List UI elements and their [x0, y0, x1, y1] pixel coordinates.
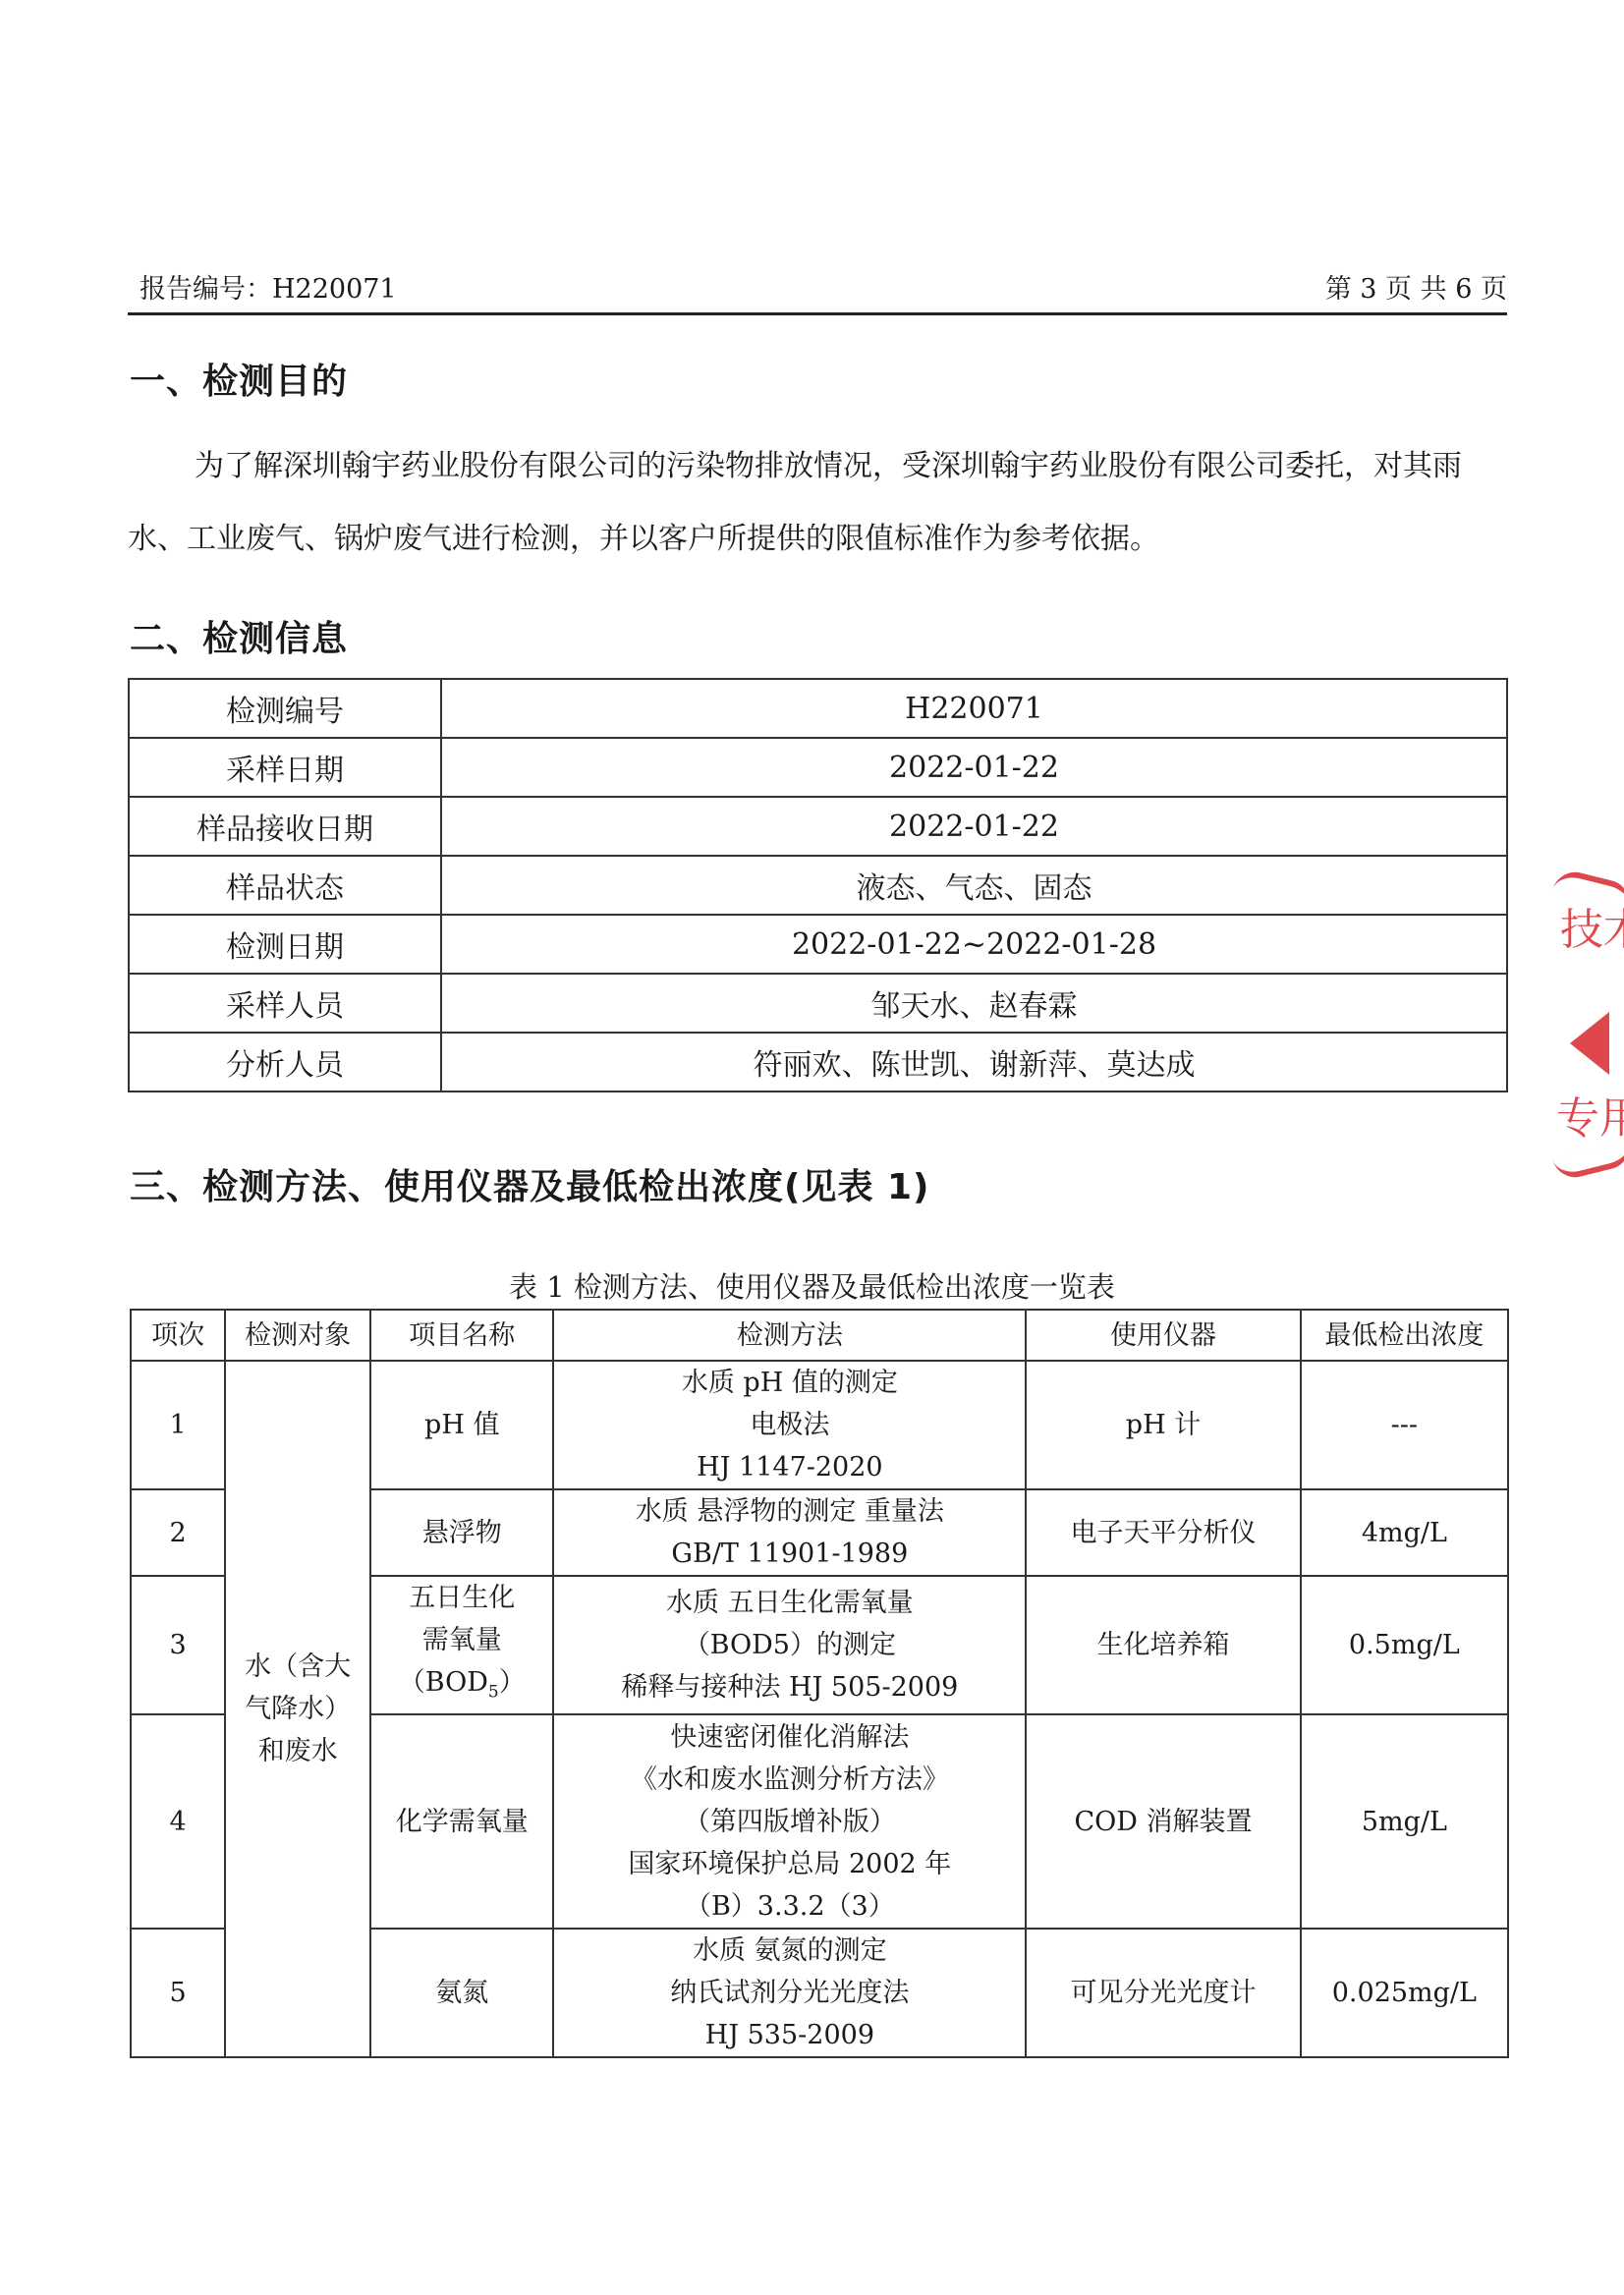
section-title-info: 二、检测信息: [130, 611, 348, 661]
header-divider: [128, 312, 1507, 315]
row-no: 4: [131, 1714, 225, 1929]
info-value: 2022-01-22: [441, 797, 1507, 856]
method-line: （第四版增补版）: [554, 1801, 1025, 1843]
info-key: 分析人员: [129, 1033, 441, 1092]
page-header: 报告编号：H220071 第 3 页 共 6 页: [140, 263, 1507, 314]
item-name: 悬浮物: [370, 1489, 553, 1576]
method-line: 水质 pH 值的测定: [554, 1362, 1025, 1404]
method-line: 国家环境保护总局 2002 年: [554, 1843, 1025, 1885]
info-value: 邹天水、赵春霖: [441, 974, 1507, 1033]
col-header-method: 检测方法: [553, 1310, 1026, 1361]
col-header-object: 检测对象: [225, 1310, 370, 1361]
col-header-instrument: 使用仪器: [1026, 1310, 1300, 1361]
section-title-methods: 三、检测方法、使用仪器及最低检出浓度(见表 1): [130, 1159, 930, 1209]
purpose-text: 为了解深圳翰宇药业股份有限公司的污染物排放情况，受深圳翰宇药业股份有限公司委托，…: [128, 449, 1462, 556]
item-name: 五日生化 需氧量 （BOD5）: [370, 1576, 553, 1714]
object-line: 水（含大: [226, 1646, 369, 1688]
info-value: 液态、气态、固态: [441, 856, 1507, 915]
subscript: 5: [488, 1682, 499, 1702]
report-number: 报告编号：H220071: [140, 267, 397, 306]
method-line: HJ 535-2009: [554, 2014, 1025, 2056]
method-line: 电极法: [554, 1404, 1025, 1446]
info-key: 样品接收日期: [129, 797, 441, 856]
instrument: 生化培养箱: [1026, 1576, 1300, 1714]
info-key: 采样日期: [129, 738, 441, 797]
detection-limit: 0.025mg/L: [1301, 1929, 1508, 2057]
method-line: 《水和废水监测分析方法》: [554, 1759, 1025, 1801]
method-line: （BOD5）的测定: [554, 1624, 1025, 1666]
detection-limit: 5mg/L: [1301, 1714, 1508, 1929]
info-key: 采样人员: [129, 974, 441, 1033]
instrument: pH 计: [1026, 1361, 1300, 1489]
row-no: 5: [131, 1929, 225, 2057]
item-name: 氨氮: [370, 1929, 553, 2057]
table-row: 分析人员符丽欢、陈世凯、谢新萍、莫达成: [129, 1033, 1507, 1092]
table-row: 采样日期2022-01-22: [129, 738, 1507, 797]
item-name: pH 值: [370, 1361, 553, 1489]
detection-limit: 0.5mg/L: [1301, 1576, 1508, 1714]
instrument: 可见分光光度计: [1026, 1929, 1300, 2057]
method-line: 水质 五日生化需氧量: [554, 1582, 1025, 1624]
info-key: 检测编号: [129, 679, 441, 738]
table-row: 检测日期2022-01-22~2022-01-28: [129, 915, 1507, 974]
method-line: 快速密闭催化消解法: [554, 1716, 1025, 1759]
method: 水质 五日生化需氧量 （BOD5）的测定 稀释与接种法 HJ 505-2009: [553, 1576, 1026, 1714]
table-caption: 表 1 检测方法、使用仪器及最低检出浓度一览表: [0, 1265, 1624, 1306]
instrument: COD 消解装置: [1026, 1714, 1300, 1929]
col-header-no: 项次: [131, 1310, 225, 1361]
purpose-paragraph: 为了解深圳翰宇药业股份有限公司的污染物排放情况，受深圳翰宇药业股份有限公司委托，…: [128, 430, 1513, 576]
item-line: 五日生化: [371, 1577, 552, 1619]
method-line: 稀释与接种法 HJ 505-2009: [554, 1666, 1025, 1708]
table-row: 样品接收日期2022-01-22: [129, 797, 1507, 856]
detection-object: 水（含大 气降水） 和废水: [225, 1361, 370, 2057]
method-line: 水质 氨氮的测定: [554, 1930, 1025, 1972]
info-key: 检测日期: [129, 915, 441, 974]
method-line: 纳氏试剂分光光度法: [554, 1972, 1025, 2014]
seal-star-icon: [1570, 1012, 1609, 1075]
item-line: （BOD5）: [371, 1661, 552, 1713]
item-line-part: ）: [499, 1667, 526, 1698]
method: 水质 悬浮物的测定 重量法 GB/T 11901-1989: [553, 1489, 1026, 1576]
method: 水质 pH 值的测定 电极法 HJ 1147-2020: [553, 1361, 1026, 1489]
seal-arc-bottom: [1552, 1141, 1624, 1183]
seal-text-bottom: 专用: [1556, 1083, 1624, 1146]
page-number: 第 3 页 共 6 页: [1325, 267, 1507, 306]
method-line: 水质 悬浮物的测定 重量法: [554, 1490, 1025, 1533]
detection-info-table: 检测编号H220071 采样日期2022-01-22 样品接收日期2022-01…: [128, 678, 1508, 1092]
official-seal-stamp: 技术 专用: [1542, 855, 1624, 1179]
row-no: 3: [131, 1576, 225, 1714]
section-title-purpose: 一、检测目的: [130, 354, 348, 404]
info-value: 2022-01-22~2022-01-28: [441, 915, 1507, 974]
method: 快速密闭催化消解法 《水和废水监测分析方法》 （第四版增补版） 国家环境保护总局…: [553, 1714, 1026, 1929]
object-line: 和废水: [226, 1730, 369, 1772]
table-header-row: 项次 检测对象 项目名称 检测方法 使用仪器 最低检出浓度: [131, 1310, 1508, 1361]
methods-table: 项次 检测对象 项目名称 检测方法 使用仪器 最低检出浓度 1 水（含大 气降水…: [130, 1309, 1509, 2058]
method-line: HJ 1147-2020: [554, 1446, 1025, 1488]
instrument: 电子天平分析仪: [1026, 1489, 1300, 1576]
detection-limit: ---: [1301, 1361, 1508, 1489]
seal-text-top: 技术: [1560, 894, 1624, 957]
col-header-limit: 最低检出浓度: [1301, 1310, 1508, 1361]
info-key: 样品状态: [129, 856, 441, 915]
info-value: 符丽欢、陈世凯、谢新萍、莫达成: [441, 1033, 1507, 1092]
table-row: 1 水（含大 气降水） 和废水 pH 值 水质 pH 值的测定 电极法 HJ 1…: [131, 1361, 1508, 1489]
info-value: H220071: [441, 679, 1507, 738]
row-no: 2: [131, 1489, 225, 1576]
method: 水质 氨氮的测定 纳氏试剂分光光度法 HJ 535-2009: [553, 1929, 1026, 2057]
object-line: 气降水）: [226, 1688, 369, 1730]
item-line: 需氧量: [371, 1619, 552, 1661]
item-name: 化学需氧量: [370, 1714, 553, 1929]
detection-limit: 4mg/L: [1301, 1489, 1508, 1576]
item-line-part: （BOD: [399, 1667, 488, 1698]
method-line: GB/T 11901-1989: [554, 1533, 1025, 1575]
info-value: 2022-01-22: [441, 738, 1507, 797]
table-row: 检测编号H220071: [129, 679, 1507, 738]
row-no: 1: [131, 1361, 225, 1489]
table-row: 样品状态液态、气态、固态: [129, 856, 1507, 915]
col-header-item: 项目名称: [370, 1310, 553, 1361]
method-line: （B）3.3.2（3）: [554, 1885, 1025, 1928]
table-row: 采样人员邹天水、赵春霖: [129, 974, 1507, 1033]
